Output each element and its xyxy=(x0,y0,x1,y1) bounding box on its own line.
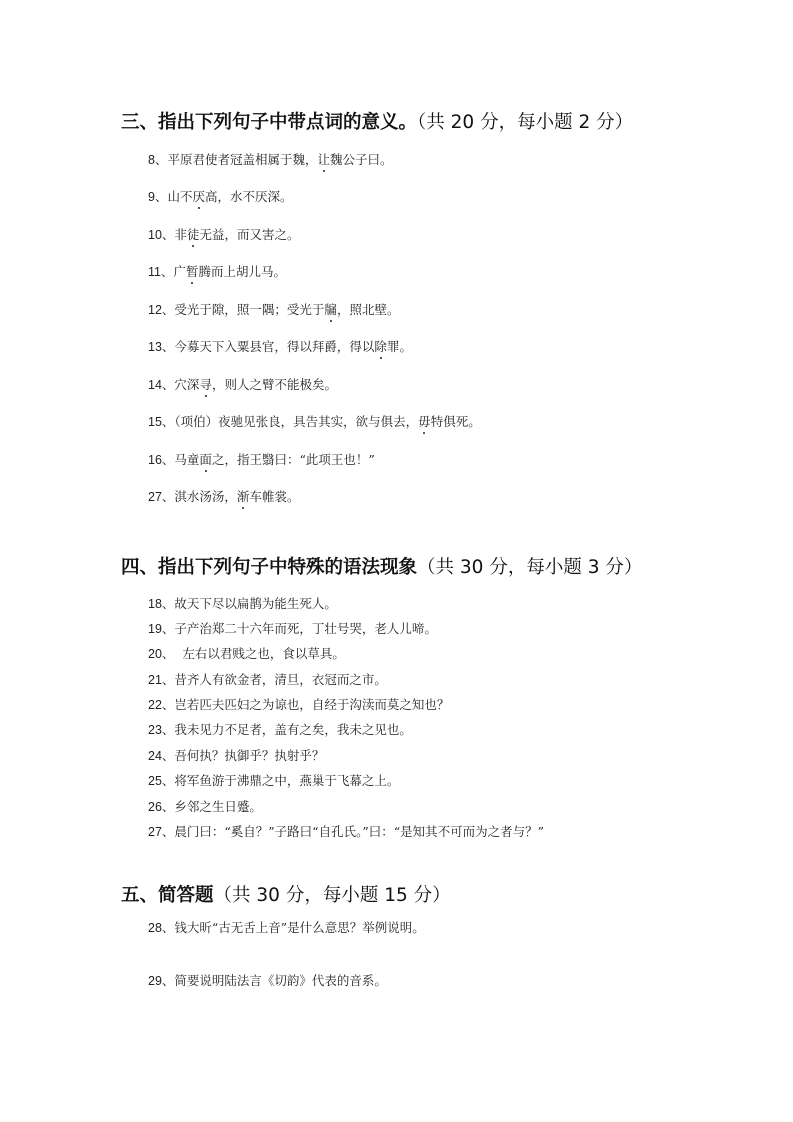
section-5-title: 五、简答题 xyxy=(121,885,214,906)
question-item: 22、岂若匹夫匹妇之为谅也，自经于沟渎而莫之知也？ xyxy=(148,695,449,713)
question-item: 28、钱大昕“古无舌上音”是什么意思？举例说明。 xyxy=(148,918,425,936)
question-item: 18、故天下尽以扁鹊为能生死人。 xyxy=(148,594,337,612)
exam-page: 三、指出下列句子中带点词的意义。（共 20 分，每小题 2 分） 8、平原君使者… xyxy=(0,0,793,1122)
section-3-title: 三、指出下列句子中带点词的意义。 xyxy=(121,112,417,133)
question-item: 27、淇水汤汤，渐车帷裳。 xyxy=(148,487,299,505)
question-item: 26、乡邻之生日蹙。 xyxy=(148,797,262,815)
question-item: 8、平原君使者冠盖相属于魏，让魏公子曰。 xyxy=(148,150,393,168)
dotted-word: 徒 xyxy=(187,225,200,243)
question-item: 16、马童面之，指王翳曰：“此项王也！” xyxy=(148,450,375,468)
dotted-word: 厌 xyxy=(192,187,205,205)
dotted-word: 寻 xyxy=(199,375,212,393)
question-item: 21、昔齐人有欲金者，清旦，衣冠而之市。 xyxy=(148,670,387,688)
section-5-heading: 五、简答题（共 30 分，每小题 15 分） xyxy=(121,881,451,907)
question-item: 9、山不厌高，水不厌深。 xyxy=(148,187,293,205)
section-3-heading: 三、指出下列句子中带点词的意义。（共 20 分，每小题 2 分） xyxy=(121,108,633,134)
section-5-score: （共 30 分，每小题 15 分） xyxy=(214,885,451,906)
dotted-word: 渐 xyxy=(237,487,250,505)
dotted-word: 面 xyxy=(199,450,212,468)
question-item: 23、我未见力不足者，盖有之矣，我未之见也。 xyxy=(148,720,412,738)
section-3-score: （共 20 分，每小题 2 分） xyxy=(417,112,633,133)
dotted-word: 让 xyxy=(317,150,330,168)
question-item: 24、吾何执？执御乎？执射乎？ xyxy=(148,746,324,764)
dotted-word: 暂 xyxy=(186,262,199,280)
question-item: 12、受光于隙，照一隅；受光于牖，照北壁。 xyxy=(148,300,399,318)
question-item: 25、将军鱼游于沸鼎之中，燕巢于飞幕之上。 xyxy=(148,771,399,789)
section-4-heading: 四、指出下列句子中特殊的语法现象（共 30 分，每小题 3 分） xyxy=(121,553,642,579)
question-item: 27、晨门曰：“奚自？”子路曰“自孔氏。”曰：“是知其不可而为之者与？” xyxy=(148,822,544,840)
dotted-word: 牖 xyxy=(324,300,337,318)
question-item: 15、（项伯）夜驰见张良，具告其实，欲与俱去，毋特俱死。 xyxy=(148,412,481,430)
section-4-score: （共 30 分，每小题 3 分） xyxy=(417,557,642,578)
question-item: 14、穴深寻，则人之臂不能极矣。 xyxy=(148,375,337,393)
question-item: 19、子产治郑二十六年而死，丁壮号哭，老人儿啼。 xyxy=(148,619,437,637)
question-item: 20、 左右以君贱之也，食以草具。 xyxy=(148,644,345,662)
question-item: 10、非徒无益，而又害之。 xyxy=(148,225,299,243)
question-item: 13、今募天下入粟县官，得以拜爵，得以除罪。 xyxy=(148,337,412,355)
question-item: 29、简要说明陆法言《切韵》代表的音系。 xyxy=(148,971,387,989)
section-4-title: 四、指出下列句子中特殊的语法现象 xyxy=(121,557,417,578)
dotted-word: 毋 xyxy=(418,412,431,430)
dotted-word: 除 xyxy=(374,337,387,355)
question-item: 11、广暂腾而上胡儿马。 xyxy=(148,262,286,280)
